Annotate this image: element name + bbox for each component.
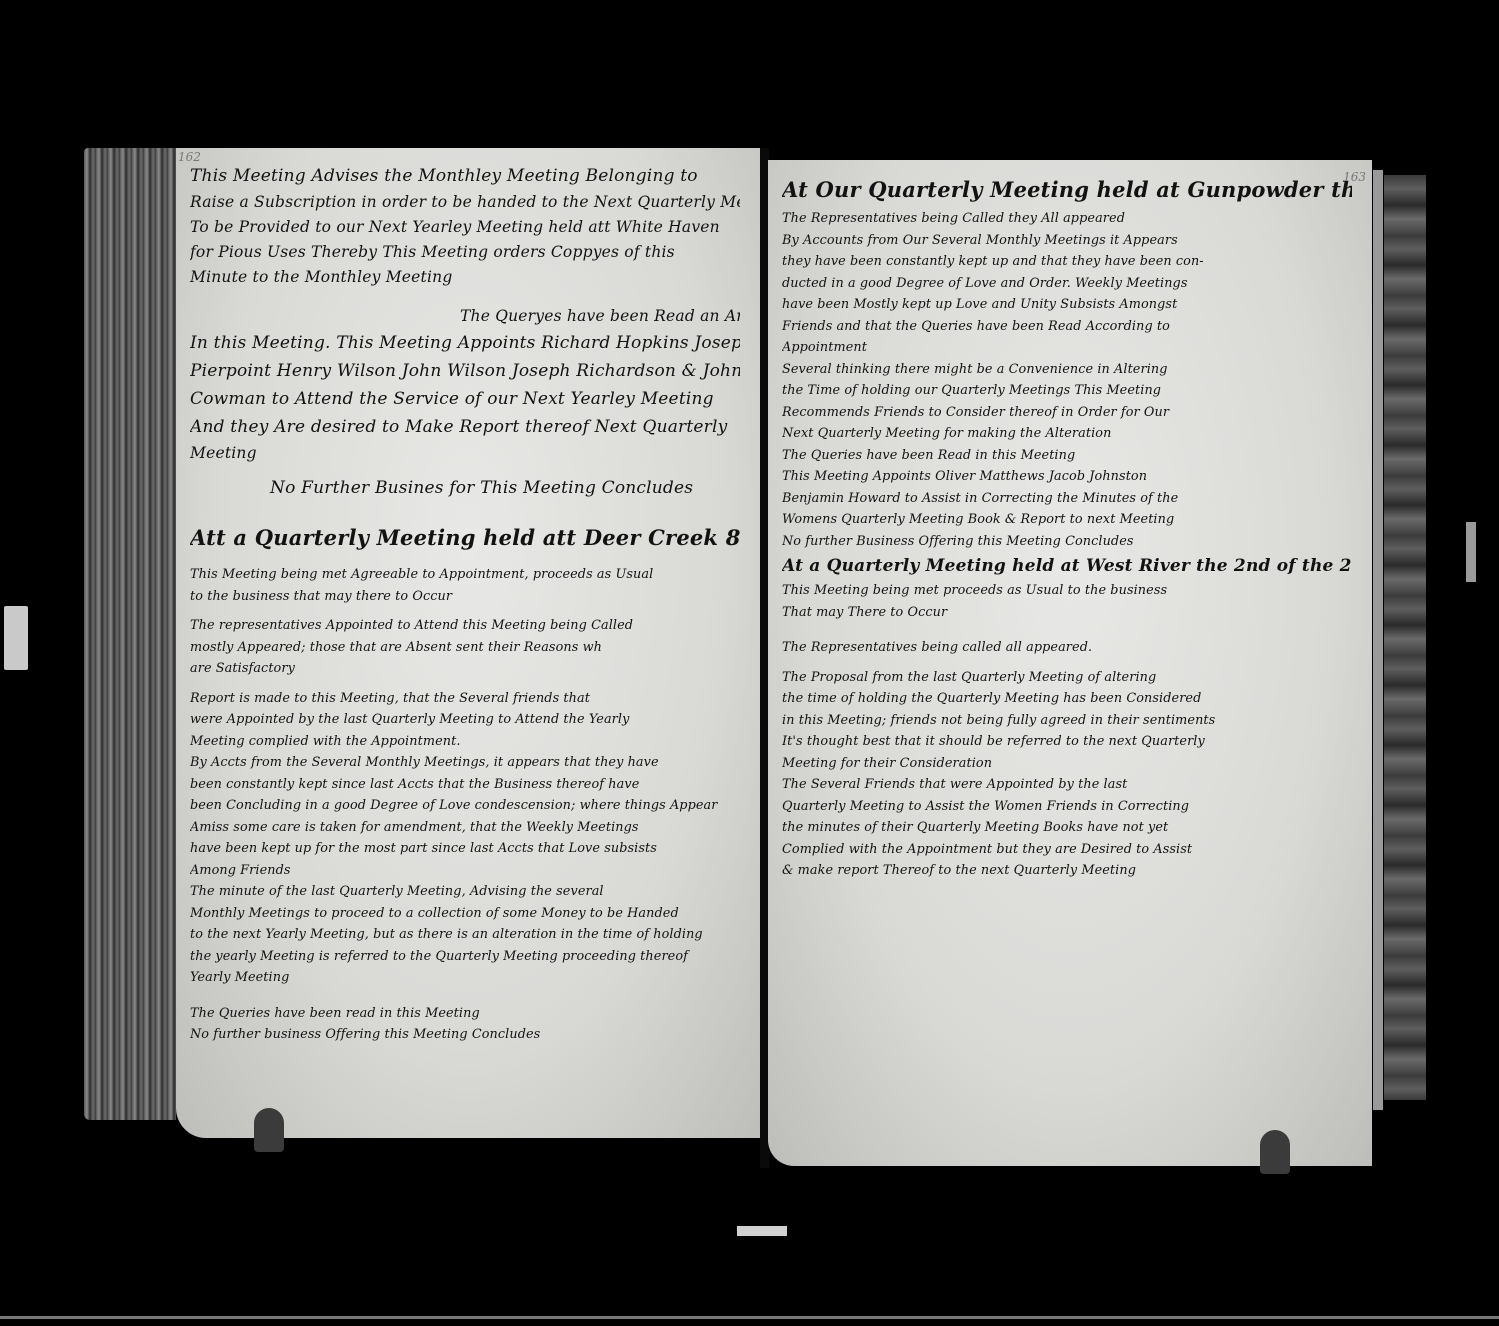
manuscript-line: This Meeting being met Agreeable to Appo… [190,564,740,586]
manuscript-line: have been Mostly kept up Love and Unity … [782,294,1352,316]
left-page-stack-edge [84,148,176,1120]
manuscript-line: to the business that may there to Occur [190,586,740,608]
manuscript-line: Amiss some care is taken for amendment, … [190,817,740,839]
left-page: 162 This Meeting Advises the Monthley Me… [176,148,762,1138]
manuscript-line: the Time of holding our Quarterly Meetin… [782,380,1352,402]
manuscript-line: for Pious Uses Thereby This Meeting orde… [190,240,740,265]
manuscript-line: Meeting complied with the Appointment. [190,731,740,753]
manuscript-line: In this Meeting. This Meeting Appoints R… [190,329,740,357]
manuscript-line: Benjamin Howard to Assist in Correcting … [782,488,1352,510]
manuscript-line: It's thought best that it should be refe… [782,731,1352,753]
section-heading: At Our Quarterly Meeting held at Gunpowd… [782,172,1352,208]
manuscript-line: been Concluding in a good Degree of Love… [190,795,740,817]
page-number-left: 162 [178,150,201,164]
left-page-minutes-bottom: This Meeting being met Agreeable to Appo… [190,556,740,1046]
manuscript-line: ducted in a good Degree of Love and Orde… [782,273,1352,295]
manuscript-line: The minute of the last Quarterly Meeting… [190,881,740,903]
manuscript-line: Next Quarterly Meeting for making the Al… [782,423,1352,445]
manuscript-line: The Representatives being called all app… [782,637,1352,659]
manuscript-line: are Satisfactory [190,658,740,680]
manuscript-line: This Meeting Advises the Monthley Meetin… [190,162,740,190]
manuscript-line: have been kept up for the most part sinc… [190,838,740,860]
book-clip-left [254,1108,284,1152]
manuscript-line: To be Provided to our Next Yearley Meeti… [190,215,740,240]
manuscript-line: Yearly Meeting [190,967,740,989]
manuscript-line: And they Are desired to Make Report ther… [190,413,740,441]
manuscript-line: in this Meeting; friends not being fully… [782,710,1352,732]
manuscript-line: they have been constantly kept up and th… [782,251,1352,273]
manuscript-line: Meeting for their Consideration [782,753,1352,775]
manuscript-line: By Accounts from Our Several Monthly Mee… [782,230,1352,252]
manuscript-line: Recommends Friends to Consider thereof i… [782,402,1352,424]
manuscript-line: The Queryes have been Read an Answered [190,304,740,329]
manuscript-line: No Further Busines for This Meeting Conc… [190,474,740,502]
manuscript-line: Pierpoint Henry Wilson John Wilson Josep… [190,357,740,385]
manuscript-line: The Proposal from the last Quarterly Mee… [782,667,1352,689]
manuscript-line: Meeting [190,441,740,466]
manuscript-line: Monthly Meetings to proceed to a collect… [190,903,740,925]
manuscript-line: Several thinking there might be a Conven… [782,359,1352,381]
left-page-minutes-top: This Meeting Advises the Monthley Meetin… [190,162,740,502]
manuscript-line: the minutes of their Quarterly Meeting B… [782,817,1352,839]
manuscript-line: Appointment [782,337,1352,359]
manuscript-line: By Accts from the Several Monthly Meetin… [190,752,740,774]
manuscript-line: The Representatives being Called they Al… [782,208,1352,230]
manuscript-line: No further business Offering this Meetin… [190,1024,740,1046]
manuscript-line: were Appointed by the last Quarterly Mee… [190,709,740,731]
manuscript-line: The Several Friends that were Appointed … [782,774,1352,796]
manuscript-line: Quarterly Meeting to Assist the Women Fr… [782,796,1352,818]
right-page-edge-strip [1373,170,1383,1110]
right-page-stack-edge [1384,175,1426,1100]
manuscript-line: Among Friends [190,860,740,882]
manuscript-line: Complied with the Appointment but they a… [782,839,1352,861]
manuscript-line: This Meeting being met proceeds as Usual… [782,580,1352,602]
manuscript-line: Womens Quarterly Meeting Book & Report t… [782,509,1352,531]
section-heading: At a Quarterly Meeting held at West Rive… [782,552,1352,580]
manuscript-line: been constantly kept since last Accts th… [190,774,740,796]
section-heading: Att a Quarterly Meeting held att Deer Cr… [190,520,740,556]
book-clip-right [1260,1130,1290,1174]
scan-bottom-edge [0,1316,1499,1319]
manuscript-line: The representatives Appointed to Attend … [190,615,740,637]
manuscript-line: the yearly Meeting is referred to the Qu… [190,946,740,968]
manuscript-line: the time of holding the Quarterly Meetin… [782,688,1352,710]
manuscript-line: Minute to the Monthley Meeting [190,265,740,290]
bottom-tab [737,1226,787,1236]
manuscript-line: Report is made to this Meeting, that the… [190,688,740,710]
page-number-right: 163 [1343,170,1366,184]
manuscript-line: mostly Appeared; those that are Absent s… [190,637,740,659]
right-page-minutes-2: This Meeting being met proceeds as Usual… [782,580,1352,882]
manuscript-line: The Queries have been Read in this Meeti… [782,445,1352,467]
section-heading-text: Att a Quarterly Meeting held att Deer Cr… [190,525,740,550]
manuscript-line: No further Business Offering this Meetin… [782,531,1352,553]
right-index-tab [1466,522,1476,582]
manuscript-line: Friends and that the Queries have been R… [782,316,1352,338]
right-page: 163 At Our Quarterly Meeting held at Gun… [768,160,1372,1166]
manuscript-line: That may There to Occur [782,602,1352,624]
manuscript-line: Raise a Subscription in order to be hand… [190,190,740,215]
right-page-minutes-1: The Representatives being Called they Al… [782,208,1352,552]
manuscript-line: & make report Thereof to the next Quarte… [782,860,1352,882]
manuscript-line: The Queries have been read in this Meeti… [190,1003,740,1025]
manuscript-line: Cowman to Attend the Service of our Next… [190,385,740,413]
left-index-tab [4,606,28,670]
manuscript-line: This Meeting Appoints Oliver Matthews Ja… [782,466,1352,488]
manuscript-line: to the next Yearly Meeting, but as there… [190,924,740,946]
